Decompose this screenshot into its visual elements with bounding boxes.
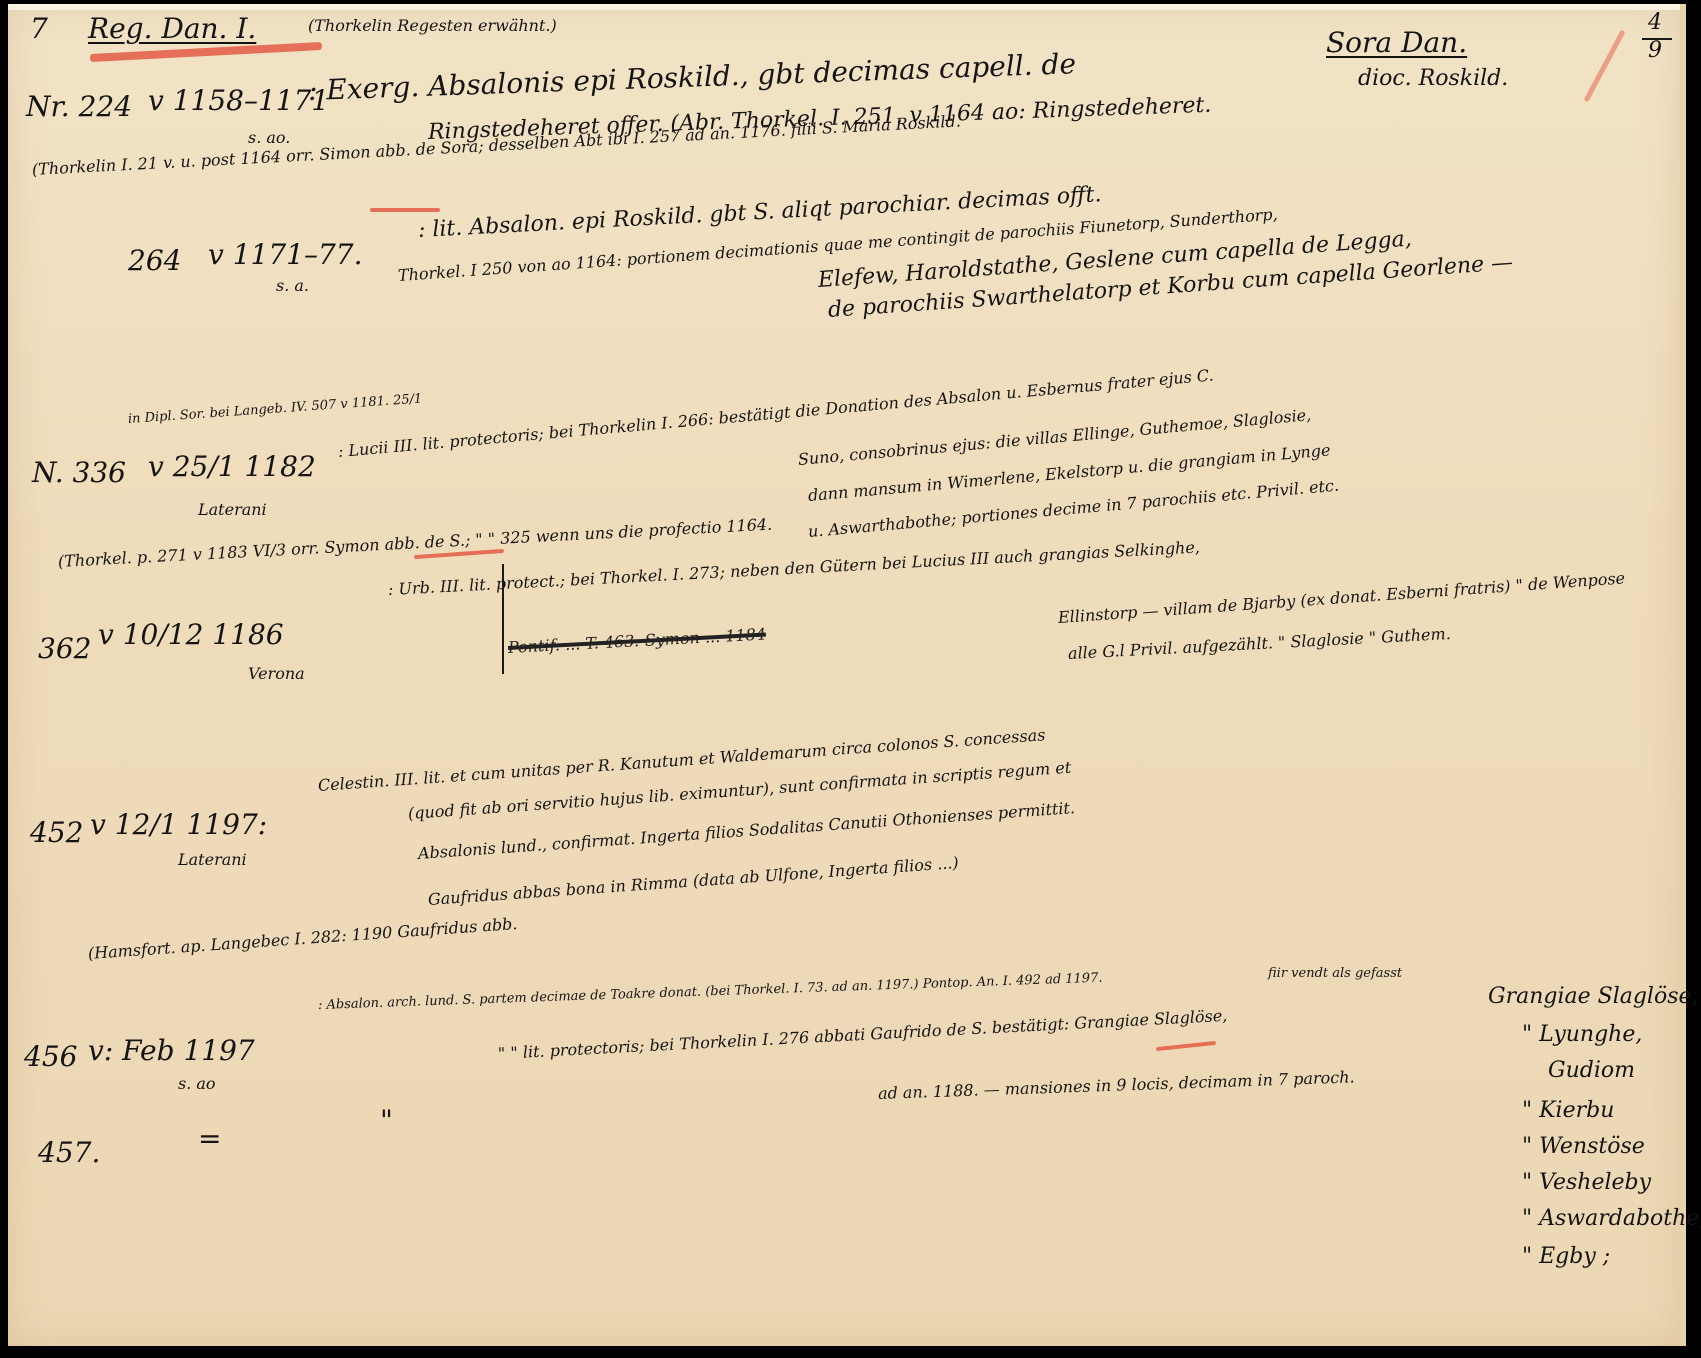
entry-number: 362 [38,632,91,665]
entry-line: Gaufridus abbas bona in Rimma (data ab U… [427,853,959,909]
grangia-item: Gudiom [1548,1058,1635,1083]
entry-line: alle G.l Privil. aufgezählt. " Slaglosie… [1068,624,1452,663]
grangia-item: " Lyunghe, [1522,1022,1642,1047]
struck-line: Pontif. ... T. 463: Symon ... 1184 [508,624,767,656]
entry-note: (Thorkel. p. 271 v 1183 VI/3 orr. Symon … [58,515,773,571]
entry-date: v 25/1 1182 [148,450,316,483]
entry-place: s. a. [276,276,309,295]
entry-line: ad an. 1188. — mansiones in 9 locis, dec… [878,1067,1355,1103]
manuscript-page: 7 Reg. Dan. I. (Thorkelin Regesten erwäh… [8,4,1686,1346]
grangia-item: Grangiae Slaglöse, [1488,984,1699,1009]
grangia-item: " Aswardabothe, [1522,1206,1701,1231]
page-fraction-bottom: 9 [1648,38,1662,63]
red-underline [1156,1041,1216,1051]
grangia-item: " Kierbu [1522,1098,1614,1123]
corner-mark: 7 [30,12,48,45]
entry-date: v 1158–1171 [148,84,329,117]
bracket-note: fiir vendt als gefasst [1268,966,1402,981]
entry-place: s. ao [178,1074,216,1093]
entry-line: : Absalon. arch. lund. S. partem decimae… [318,971,1103,1013]
entry-number: 264 [128,244,181,277]
entry-line: " " lit. protectoris; bei Thorkelin I. 2… [498,1006,1228,1063]
entry-line: : Lucii III. lit. protectoris; bei Thork… [337,365,1214,461]
right-subtitle: dioc. Roskild. [1358,66,1508,91]
entry-place: Laterani [178,850,247,869]
entry-line: Ellinstorp — villam de Bjarby (ex donat.… [1057,568,1625,627]
entry-note: in Dipl. Sor. bei Langeb. IV. 507 v 1181… [127,391,422,427]
right-title: Sora Dan. [1326,26,1467,59]
entry-date: v 12/1 1197: [90,808,267,841]
entry-date: v 10/12 1186 [98,618,284,651]
entry-date: v: Feb 1197 [88,1034,255,1067]
page-top-edge [8,4,1680,10]
entry-place: s. ao. [248,128,290,147]
title-note: (Thorkelin Regesten erwähnt.) [308,16,557,35]
entry-number: Nr. 224 [26,90,132,123]
entry-number: 456 [24,1040,77,1073]
entry-place: Laterani [198,500,267,519]
entry-note: (Hamsfort. ap. Langebec I. 282: 1190 Gau… [87,914,518,963]
entry-number: 452 [30,816,83,849]
entry-number: N. 336 [32,456,126,489]
red-underline [370,208,440,212]
page-title: Reg. Dan. I. [88,12,256,45]
entry-number: 457. [38,1136,100,1169]
grangia-item: " Wenstöse [1522,1134,1645,1159]
page-fraction-top: 4 [1648,10,1662,35]
entry-date: v 1171–77. [208,238,363,271]
ditto-mark: = [198,1122,221,1155]
grangia-item: " Vesheleby [1522,1170,1651,1195]
entry-line: : Exerg. Absalonis epi Roskild., gbt dec… [307,47,1076,107]
ditto-mark: " [380,1104,393,1137]
entry-place: Verona [248,664,305,683]
grangia-item: " Egby ; [1522,1244,1610,1269]
red-pencil-stroke [1584,30,1626,103]
